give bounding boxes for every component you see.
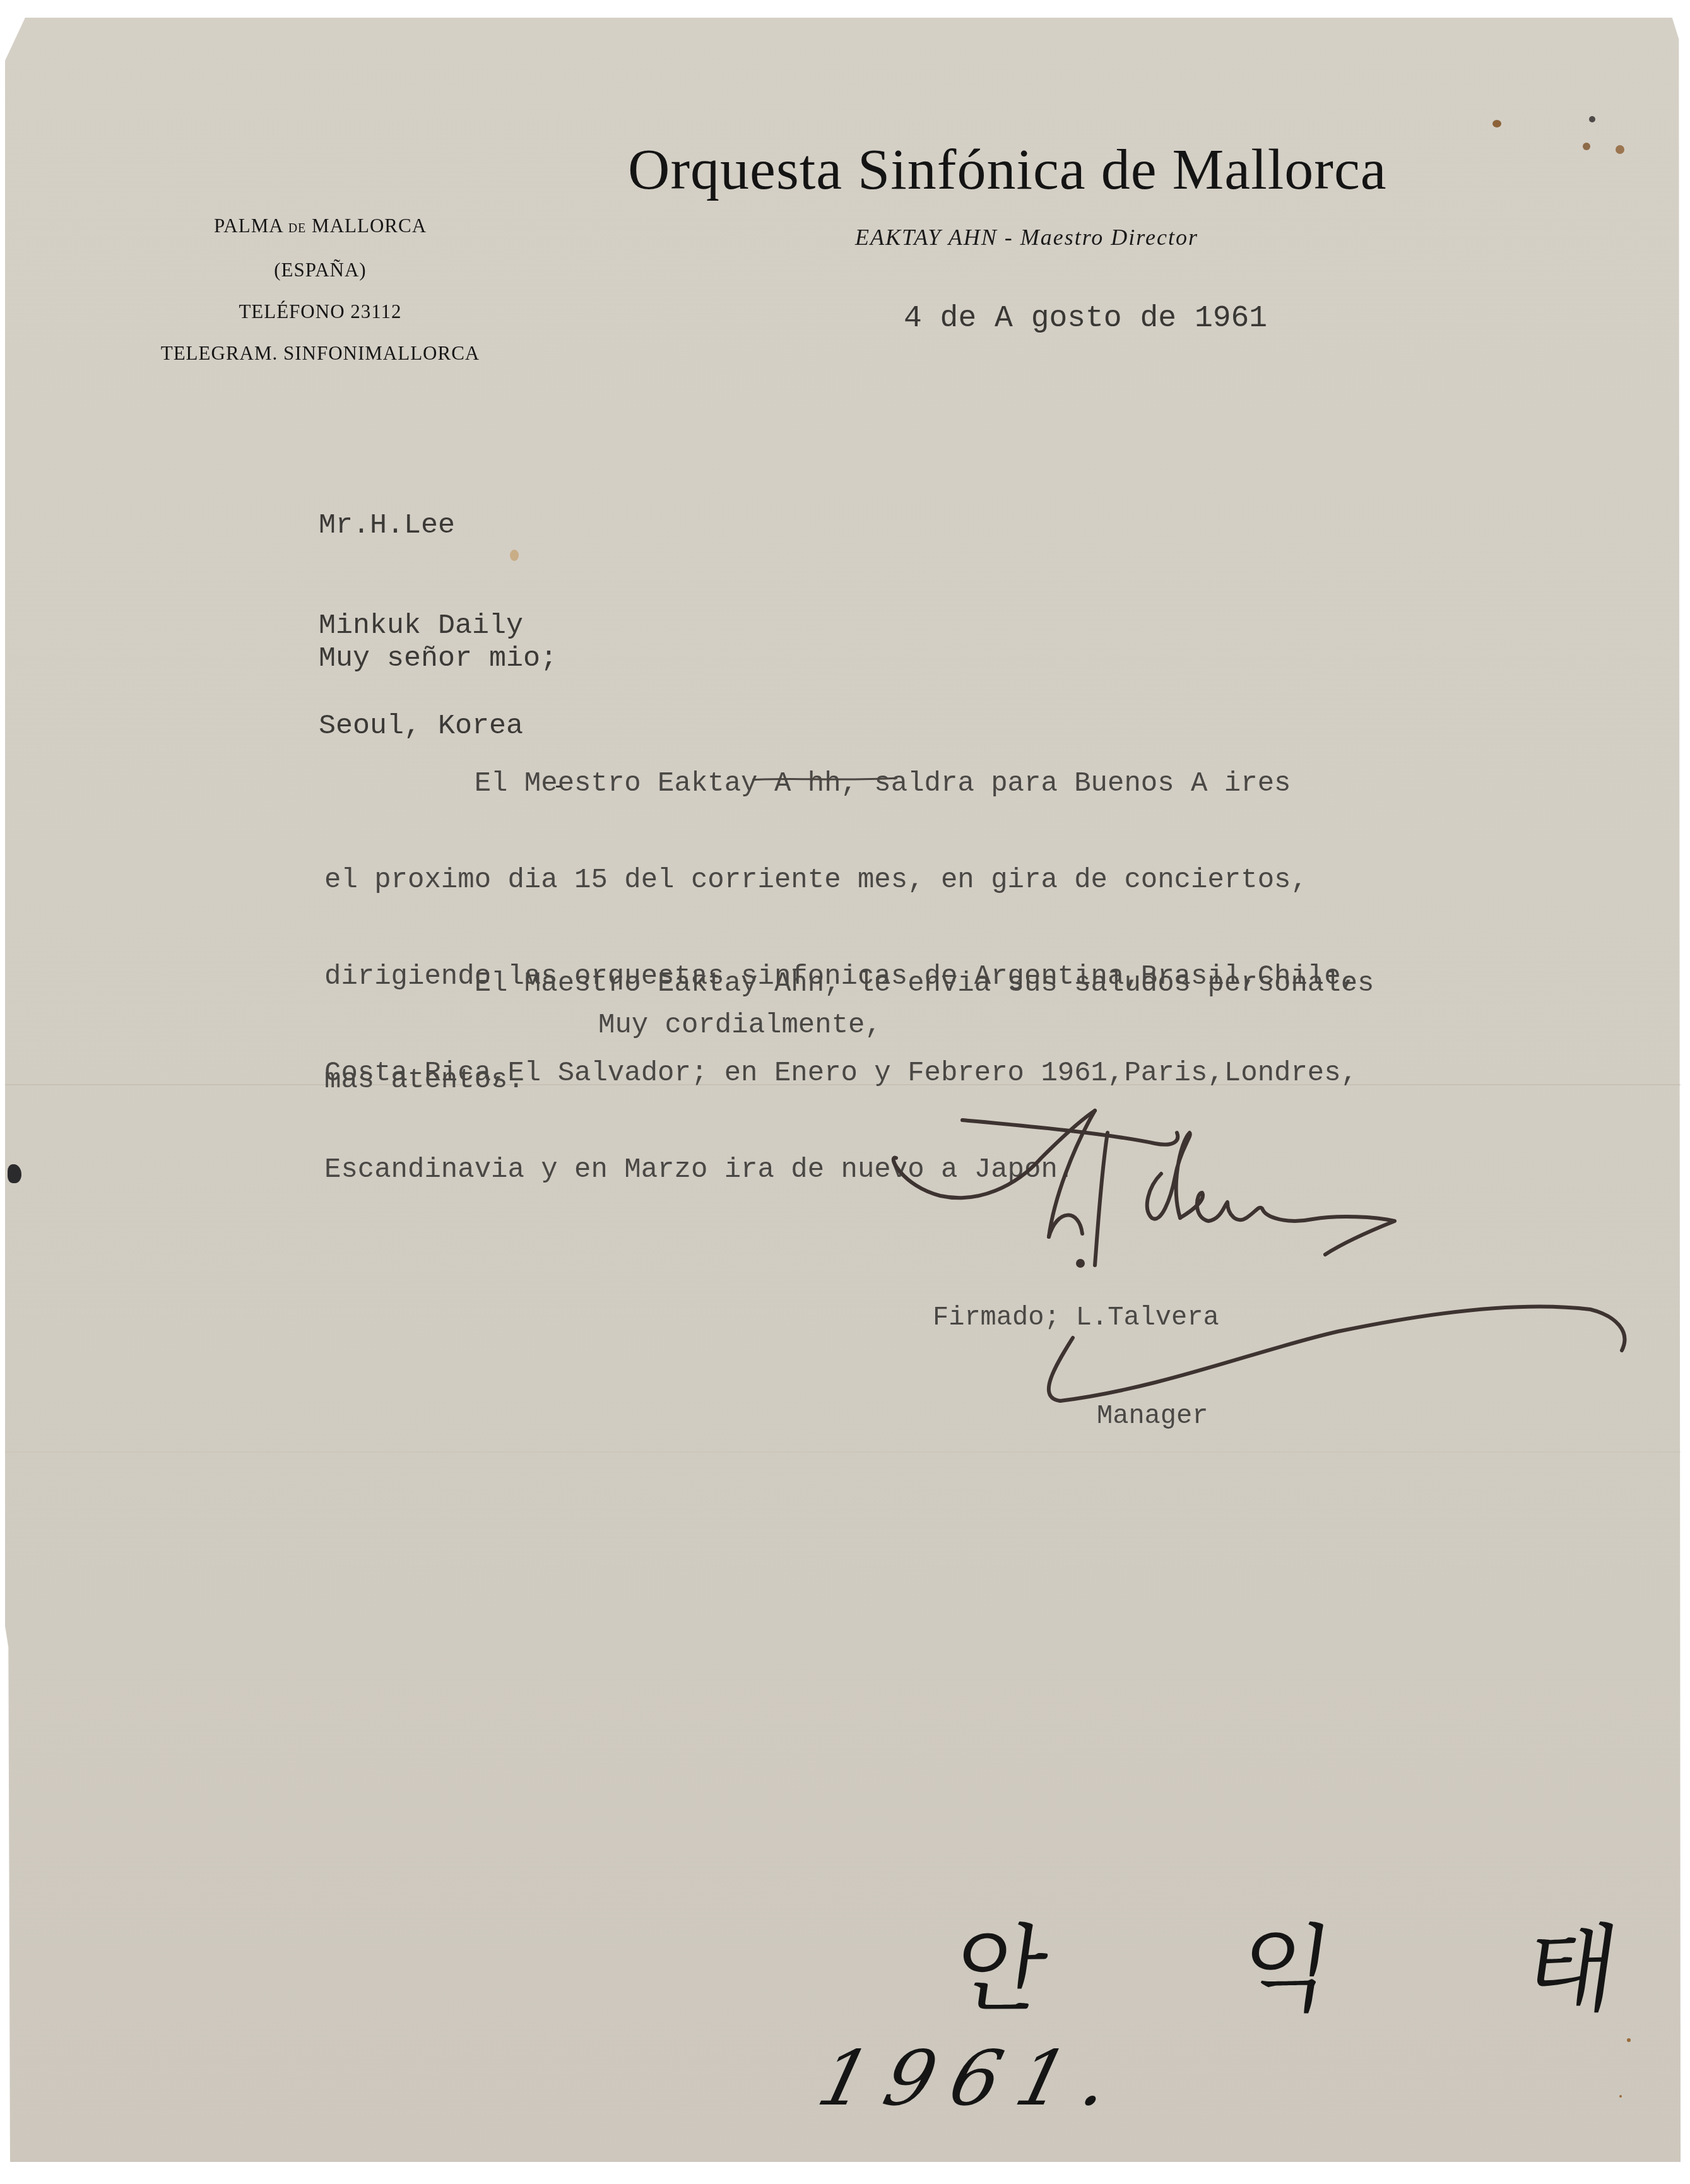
edge-mark (8, 1164, 21, 1183)
address-country: (ESPAÑA) (123, 249, 517, 291)
rust-spot (1616, 145, 1624, 154)
rust-spot (1627, 2038, 1631, 2042)
signature-flourish (1035, 1287, 1634, 1414)
struck-letter: e (541, 768, 557, 800)
letterhead-address: PALMA DE MALLORCA (ESPAÑA) TELÉFONO 2311… (123, 205, 517, 374)
rust-spot (1492, 120, 1501, 127)
handwritten-korean-name: 안 익 태 (947, 1893, 1690, 2029)
text-fragment: estro Eaktay A hh, saldra para Buenos A … (558, 768, 1291, 800)
handwritten-year: 1961. (810, 2035, 1137, 2123)
city-name-part: DE (288, 221, 307, 235)
body-line: El Meestro Eaktay A hh, saldra para Buen… (324, 768, 1357, 800)
address-telegram: TELEGRAM. SINFONIMALLORCA (123, 333, 517, 374)
recipient-name: Mr.H.Lee (319, 509, 523, 542)
text-fragment: El Maestro Eaktay Ahn, le envia sus salu… (475, 968, 1374, 1000)
city-name-part: MALLORCA (312, 215, 427, 237)
address-city: PALMA DE MALLORCA (123, 205, 517, 249)
letterhead-subtitle: EAKTAY AHN - Maestro Director (855, 224, 1198, 251)
closing: Muy cordialmente, (598, 1010, 882, 1041)
body-line: El Maestro Eaktay Ahn, le envia sus salu… (324, 968, 1374, 1000)
salutation: Muy señor mio; (319, 642, 557, 675)
body-line: el proximo dia 15 del corriente mes, en … (324, 865, 1357, 897)
paper-fold-line (5, 1451, 1681, 1453)
city-name-part: PALMA (214, 215, 283, 237)
rust-spot (1583, 143, 1590, 150)
handwritten-underline (751, 775, 899, 782)
address-phone: TELÉFONO 23112 (123, 291, 517, 333)
letter-date: 4 de A gosto de 1961 (904, 302, 1267, 336)
letterhead-title: Orquesta Sinfónica de Mallorca (628, 136, 1387, 203)
recipient-organization: Minkuk Daily (319, 609, 523, 642)
rust-spot (1619, 2095, 1622, 2098)
text-fragment: El M (475, 768, 541, 800)
ink-dot (1589, 116, 1595, 122)
body-line: mas atentos. (324, 1065, 1374, 1097)
